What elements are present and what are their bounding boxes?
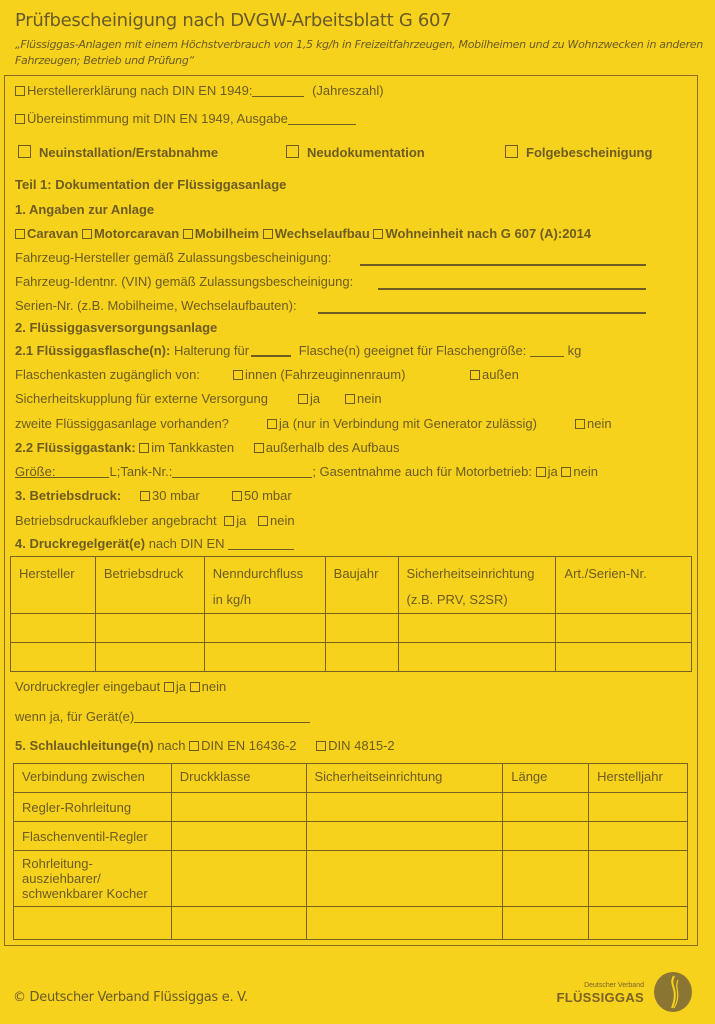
vin-label: Fahrzeug-Identnr. (VIN) gemäß Zulassungs… xyxy=(15,274,353,289)
table-row: Regler-Rohrleitung xyxy=(14,793,688,822)
table-cell-input[interactable] xyxy=(171,822,306,851)
schlauch-table: Verbindung zwischenDruckklasseSicherheit… xyxy=(13,763,688,940)
hersteller-label: Herstellererklärung nach DIN EN 1949: xyxy=(27,83,252,98)
header-line-2: in kg/h xyxy=(213,587,317,613)
kupplung-label: Sicherheitskupplung für externe Versorgu… xyxy=(15,391,268,406)
hersteller-year-field[interactable] xyxy=(252,84,304,97)
uebereinstimmung-label: Übereinstimmung mit DIN EN 1949, Ausgabe xyxy=(27,111,288,126)
hersteller-checkbox[interactable] xyxy=(15,86,25,96)
vehicle-type-row: Caravan Motorcaravan Mobilheim Wechselau… xyxy=(15,226,591,241)
motor-ja-checkbox[interactable] xyxy=(536,467,546,477)
wechselaufbau-label: Wechselaufbau xyxy=(275,226,370,241)
table-row: Flaschenventil-Regler xyxy=(14,822,688,851)
aufkleber-label: Betriebsdruckaufkleber angebracht xyxy=(15,513,217,528)
30mbar-checkbox[interactable] xyxy=(140,491,150,501)
hersteller-declaration-row: Herstellererklärung nach DIN EN 1949: (J… xyxy=(15,83,384,98)
hersteller-suffix: (Jahreszahl) xyxy=(312,83,384,98)
vordruck-label: Vordruckregler eingebaut xyxy=(15,679,160,694)
schlauch-header-row: Verbindung zwischenDruckklasseSicherheit… xyxy=(14,764,688,793)
zweite-anlage-label: zweite Flüssiggasanlage vorhanden? xyxy=(15,416,229,431)
table-cell-input[interactable] xyxy=(503,907,589,940)
aufkleber-nein-label: nein xyxy=(270,513,295,528)
schlauch-header-cell: Länge xyxy=(503,764,589,793)
table-cell-input[interactable] xyxy=(204,614,325,643)
logo-small-text: Deutscher Verband xyxy=(584,982,644,989)
vordruck-nein-checkbox[interactable] xyxy=(190,682,200,692)
flaschengroesse-field[interactable] xyxy=(530,344,564,357)
zweite-ja-label: ja (nur in Verbindung mit Generator zulä… xyxy=(279,416,537,431)
flaschengroesse-unit: kg xyxy=(568,343,582,358)
kupplung-row: Sicherheitskupplung für externe Versorgu… xyxy=(15,391,268,406)
section3-title: 3. Betriebsdruck: xyxy=(15,488,121,503)
folgebescheinigung-label: Folgebescheinigung xyxy=(526,145,652,160)
type-option-folgebescheinigung[interactable]: Folgebescheinigung xyxy=(505,145,652,160)
serien-field-row: Serien-Nr. (z.B. Mobilheime, Wechselaufb… xyxy=(15,298,297,313)
neuinstallation-checkbox[interactable] xyxy=(18,145,31,158)
section4-title: 4. Druckregelgerät(e) xyxy=(15,536,145,551)
flaschengroesse-label: Flasche(n) geeignet für Flaschengröße: xyxy=(299,343,527,358)
table-cell-input[interactable] xyxy=(306,822,503,851)
din16436-label: DIN EN 16436-2 xyxy=(201,738,296,753)
groesse-row: Größe:L;Tank-Nr.:; Gasentnahme auch für … xyxy=(15,464,598,479)
motor-ja-label: ja xyxy=(548,464,558,479)
mobilheim-label: Mobilheim xyxy=(195,226,259,241)
druckregel-header-cell: Nenndurchflussin kg/h xyxy=(204,557,325,614)
halterung-label: Halterung für xyxy=(174,343,249,358)
section2-title: 2. Flüssiggasversorgungsanlage xyxy=(15,320,217,335)
section4-norm-label: nach DIN EN xyxy=(149,536,225,551)
header-line-1: Nenndurchfluss xyxy=(213,561,317,587)
neudokumentation-checkbox[interactable] xyxy=(286,145,299,158)
table-cell-input[interactable] xyxy=(589,822,688,851)
aufkleber-row: Betriebsdruckaufkleber angebracht ja nei… xyxy=(15,513,295,528)
uebereinstimmung-checkbox[interactable] xyxy=(15,114,25,124)
folgebescheinigung-checkbox[interactable] xyxy=(505,145,518,158)
schlauch-header-cell: Herstelljahr xyxy=(589,764,688,793)
ausserhalb-checkbox[interactable] xyxy=(254,443,264,453)
wohneinheit-label: Wohneinheit nach G 607 (A):2014 xyxy=(385,226,591,241)
betriebsdruck-row: 3. Betriebsdruck: 30 mbar 50 mbar xyxy=(15,488,121,503)
druckregel-table: HerstellerBetriebsdruckNenndurchflussin … xyxy=(10,556,692,672)
30mbar-label: 30 mbar xyxy=(152,488,200,503)
ausserhalb-label: außerhalb des Aufbaus xyxy=(266,440,400,455)
table-cell-input[interactable] xyxy=(398,614,556,643)
caravan-label: Caravan xyxy=(27,226,78,241)
document-subtitle: „Flüssiggas-Anlagen mit einem Höchstverb… xyxy=(15,37,705,69)
zweite-ja-checkbox[interactable] xyxy=(267,419,277,429)
tankkasten-label: im Tankkasten xyxy=(151,440,234,455)
s22-title: 2.2 Flüssiggastank: xyxy=(15,440,136,455)
druckregel-header-row: HerstellerBetriebsdruckNenndurchflussin … xyxy=(11,557,692,614)
motor-nein-label: nein xyxy=(573,464,598,479)
zweite-anlage-row: zweite Flüssiggasanlage vorhanden? ja (n… xyxy=(15,416,229,431)
table-cell-input[interactable] xyxy=(204,643,325,672)
table-cell-input[interactable] xyxy=(171,793,306,822)
serien-field[interactable] xyxy=(318,300,646,314)
vordruck-nein-label: nein xyxy=(202,679,227,694)
fahrzeug-hersteller-label: Fahrzeug-Hersteller gemäß Zulassungsbesc… xyxy=(15,250,332,265)
section5-nach: nach xyxy=(157,738,185,753)
header-line-1: Baujahr xyxy=(334,561,390,587)
flaschenkasten-row: Flaschenkasten zugänglich von: innen (Fa… xyxy=(15,367,200,382)
table-cell-input[interactable] xyxy=(11,643,96,672)
schlauch-header-cell: Druckklasse xyxy=(171,764,306,793)
tankkasten-checkbox[interactable] xyxy=(139,443,149,453)
groesse-unit: L; xyxy=(109,464,120,479)
header-line-1: Hersteller xyxy=(19,561,87,587)
table-cell-input[interactable] xyxy=(503,822,589,851)
copyright: © Deutscher Verband Flüssiggas e. V. xyxy=(13,990,248,1005)
wennja-label: wenn ja, für Gerät(e) xyxy=(15,709,134,724)
druckregel-header-cell: Betriebsdruck xyxy=(95,557,204,614)
flame-drop-icon xyxy=(654,972,692,1012)
connection-label-cell: Rohrleitung- ausziehbarer/ schwenkbarer … xyxy=(14,851,172,907)
wennja-field[interactable] xyxy=(134,710,310,723)
type-option-neudokumentation[interactable]: Neudokumentation xyxy=(286,145,425,160)
tank-nr-label: Tank-Nr.: xyxy=(120,464,172,479)
connection-label-cell xyxy=(14,907,172,940)
table-cell-input[interactable] xyxy=(556,643,692,672)
motorcaravan-checkbox[interactable] xyxy=(82,229,92,239)
type-option-row: Neuinstallation/Erstabnahme xyxy=(18,145,218,160)
header-line-1: Art./Serien-Nr. xyxy=(564,561,683,587)
innen-label: innen (Fahrzeuginnenraum) xyxy=(245,367,405,382)
vordruck-row: Vordruckregler eingebaut ja nein xyxy=(15,679,226,694)
table-cell-input[interactable] xyxy=(398,643,556,672)
section5-title: 5. Schlauchleitunge(n) xyxy=(15,738,154,753)
mobilheim-checkbox[interactable] xyxy=(183,229,193,239)
motorcaravan-label: Motorcaravan xyxy=(94,226,179,241)
aufkleber-ja-label: ja xyxy=(236,513,246,528)
neudokumentation-label: Neudokumentation xyxy=(307,145,425,160)
wohneinheit-checkbox[interactable] xyxy=(373,229,383,239)
dvfg-logo: Deutscher Verband FLÜSSIGGAS xyxy=(560,970,700,1014)
table-row xyxy=(11,643,692,672)
table-cell-input[interactable] xyxy=(589,851,688,907)
druckregel-header-cell: Baujahr xyxy=(325,557,398,614)
type-option-neudokumentation-wrap: Neudokumentation xyxy=(286,145,425,160)
table-row xyxy=(11,614,692,643)
motor-nein-checkbox[interactable] xyxy=(561,467,571,477)
innen-checkbox[interactable] xyxy=(233,370,243,380)
table-cell-input[interactable] xyxy=(306,907,503,940)
druckregel-header-cell: Art./Serien-Nr. xyxy=(556,557,692,614)
table-cell-input[interactable] xyxy=(11,614,96,643)
table-cell-input[interactable] xyxy=(556,614,692,643)
table-cell-input[interactable] xyxy=(325,614,398,643)
document-title: Prüfbescheinigung nach DVGW-Arbeitsblatt… xyxy=(15,10,451,31)
din4815-label: DIN 4815-2 xyxy=(328,738,394,753)
table-cell-input[interactable] xyxy=(306,851,503,907)
section1-title: 1. Angaben zur Anlage xyxy=(15,202,154,217)
motorbetrieb-label: ; Gasentnahme auch für Motorbetrieb: xyxy=(312,464,532,479)
50mbar-label: 50 mbar xyxy=(244,488,292,503)
table-cell-input[interactable] xyxy=(589,907,688,940)
table-cell-input[interactable] xyxy=(171,907,306,940)
table-cell-input[interactable] xyxy=(306,793,503,822)
table-cell-input[interactable] xyxy=(95,643,204,672)
table-cell-input[interactable] xyxy=(503,793,589,822)
fahrzeug-hersteller-field[interactable] xyxy=(360,252,646,266)
vordruck-ja-checkbox[interactable] xyxy=(164,682,174,692)
zweite-nein-label: nein xyxy=(587,416,612,431)
din4815-checkbox[interactable] xyxy=(316,741,326,751)
wechselaufbau-checkbox[interactable] xyxy=(263,229,273,239)
s21-title: 2.1 Flüssiggasflasche(n): xyxy=(15,343,170,358)
druckregel-header-cell: Sicherheitseinrichtung(z.B. PRV, S2SR) xyxy=(398,557,556,614)
table-cell-input[interactable] xyxy=(95,614,204,643)
wennja-row: wenn ja, für Gerät(e) xyxy=(15,709,310,724)
hersteller-field-row: Fahrzeug-Hersteller gemäß Zulassungsbesc… xyxy=(15,250,332,265)
header-line-2: (z.B. PRV, S2SR) xyxy=(407,587,548,613)
zweite-nein-checkbox[interactable] xyxy=(575,419,585,429)
aufkleber-ja-checkbox[interactable] xyxy=(224,516,234,526)
caravan-checkbox[interactable] xyxy=(15,229,25,239)
kupplung-ja-label: ja xyxy=(310,391,320,406)
aufkleber-nein-checkbox[interactable] xyxy=(258,516,268,526)
schlauch-header-cell: Sicherheitseinrichtung xyxy=(306,764,503,793)
table-cell-input[interactable] xyxy=(325,643,398,672)
type-option-folge-wrap: Folgebescheinigung xyxy=(505,145,652,160)
tank-nr-field[interactable] xyxy=(172,465,312,478)
table-row: Rohrleitung- ausziehbarer/ schwenkbarer … xyxy=(14,851,688,907)
tank-row: 2.2 Flüssiggastank: im Tankkasten außerh… xyxy=(15,440,399,455)
din16436-checkbox[interactable] xyxy=(189,741,199,751)
header-line-1: Betriebsdruck xyxy=(104,561,196,587)
schlauch-row: 5. Schlauchleitunge(n) nach DIN EN 16436… xyxy=(15,738,395,753)
flaschenkasten-label: Flaschenkasten zugänglich von: xyxy=(15,367,200,382)
table-cell-input[interactable] xyxy=(589,793,688,822)
groesse-label: Größe: xyxy=(15,464,55,479)
table-cell-input[interactable] xyxy=(171,851,306,907)
50mbar-checkbox[interactable] xyxy=(232,491,242,501)
aussen-checkbox[interactable] xyxy=(470,370,480,380)
flasche-row: 2.1 Flüssiggasflasche(n): Halterung für … xyxy=(15,343,581,358)
neuinstallation-label: Neuinstallation/Erstabnahme xyxy=(39,145,218,160)
kupplung-nein-label: nein xyxy=(357,391,382,406)
serien-label: Serien-Nr. (z.B. Mobilheime, Wechselaufb… xyxy=(15,298,297,313)
table-cell-input[interactable] xyxy=(503,851,589,907)
vin-field-row: Fahrzeug-Identnr. (VIN) gemäß Zulassungs… xyxy=(15,274,353,289)
halterung-count-field[interactable] xyxy=(251,343,291,357)
groesse-field[interactable] xyxy=(55,465,109,478)
druckregel-header-cell: Hersteller xyxy=(11,557,96,614)
type-option-neuinstallation[interactable]: Neuinstallation/Erstabnahme xyxy=(18,145,218,160)
uebereinstimmung-row: Übereinstimmung mit DIN EN 1949, Ausgabe xyxy=(15,111,356,126)
ausgabe-field[interactable] xyxy=(288,112,356,125)
part1-title: Teil 1: Dokumentation der Flüssiggasanla… xyxy=(15,177,286,192)
aussen-label: außen xyxy=(482,367,519,382)
vin-field[interactable] xyxy=(378,276,646,290)
kupplung-ja-checkbox[interactable] xyxy=(298,394,308,404)
header-line-1: Sicherheitseinrichtung xyxy=(407,561,548,587)
vordruck-ja-label: ja xyxy=(176,679,186,694)
connection-label-cell: Regler-Rohrleitung xyxy=(14,793,172,822)
logo-big-text: FLÜSSIGGAS xyxy=(556,990,644,1005)
section4-norm-field[interactable] xyxy=(228,537,294,550)
schlauch-header-cell: Verbindung zwischen xyxy=(14,764,172,793)
connection-label-cell: Flaschenventil-Regler xyxy=(14,822,172,851)
druckregel-row: 4. Druckregelgerät(e) nach DIN EN xyxy=(15,536,294,551)
table-row xyxy=(14,907,688,940)
kupplung-nein-checkbox[interactable] xyxy=(345,394,355,404)
